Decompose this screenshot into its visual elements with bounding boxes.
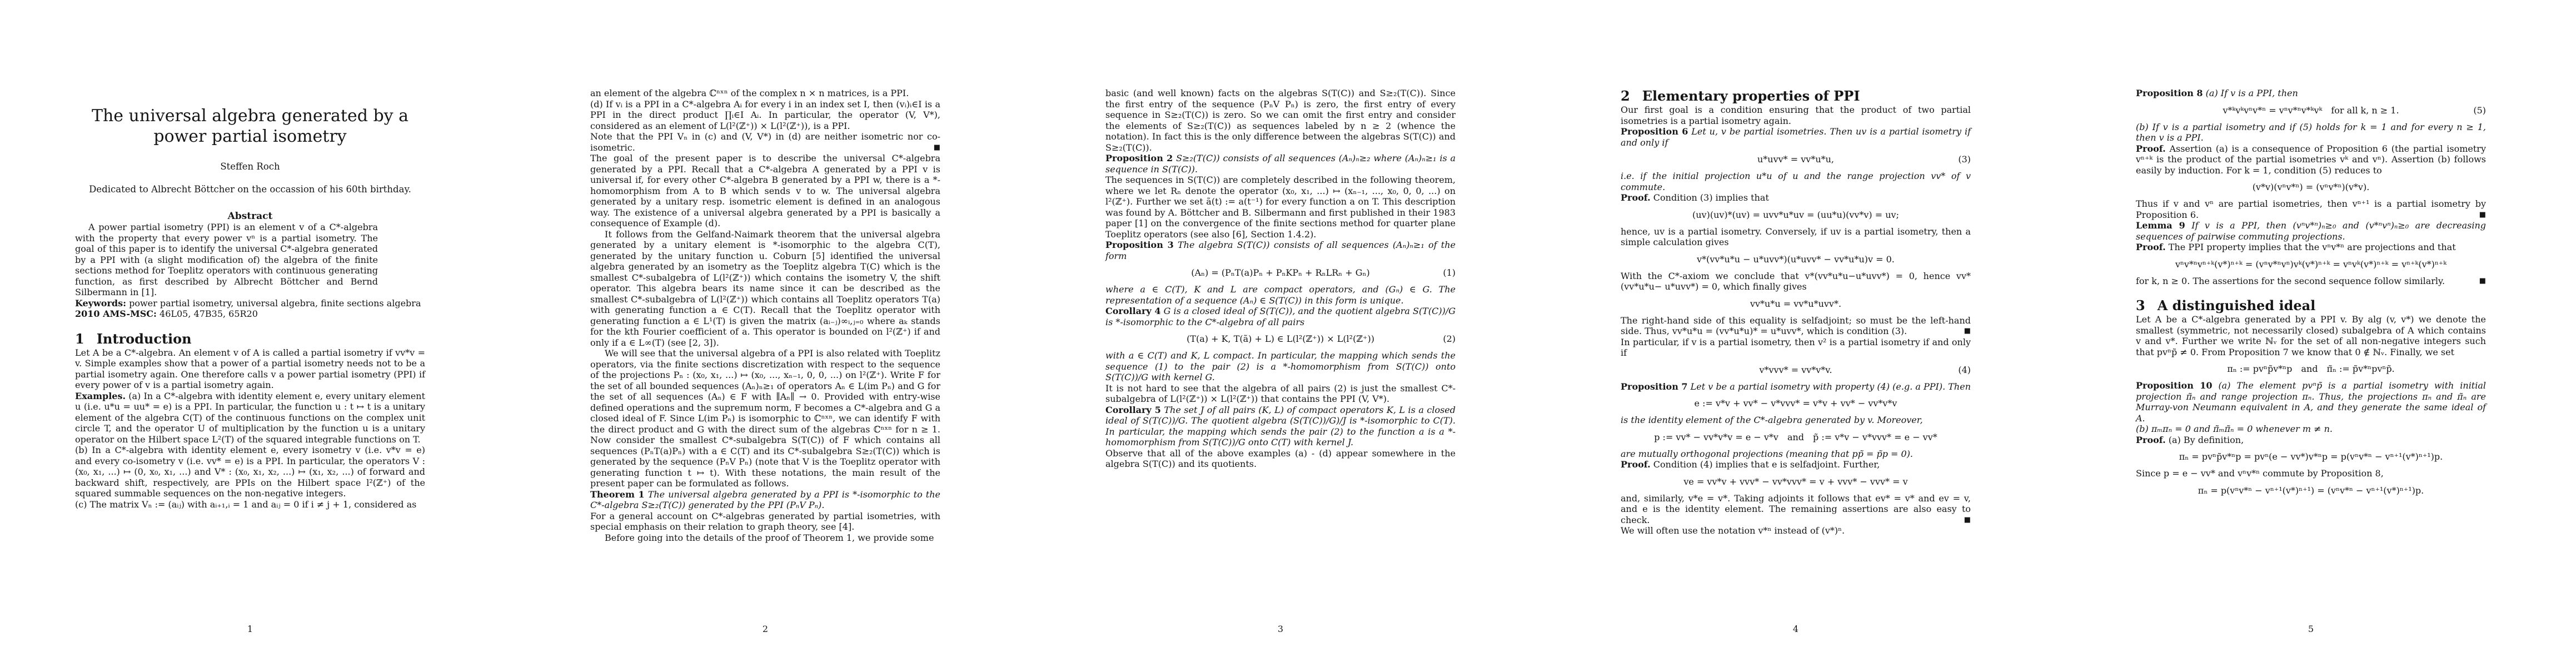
thus-text: Thus if v and vⁿ are partial isometries,… [2136,198,2486,220]
proposition-7-label: Proposition 7 [1621,381,1688,392]
paragraph-general-account: For a general account on C*-algebras gen… [590,511,940,532]
page-5-text-column: Proposition 8 (a) If v is a PPI, then v*… [2136,0,2486,502]
proposition-8-part-b: (b) If v is a partial isometry and if (5… [2136,122,2486,143]
selfadjoint-text: The right-hand side of this equality is … [1621,315,1971,337]
paper-title: The universal algebra generated by a pow… [75,106,425,147]
proof-lemma9-text: The PPI property implies that the vⁿv*ⁿ … [2169,242,2456,252]
equation-4-formula: v*vvv* = vv*v*v. [1759,365,1832,375]
section-number: 3 [2136,297,2145,313]
theorem-1-label: Theorem 1 [590,489,645,500]
section-title: A distinguished ideal [2158,297,2316,313]
proposition-2-label: Proposition 2 [1105,153,1173,163]
proof-label: Proof. [1621,459,1651,470]
display-equation-pi-final-formula: πₙ = p(vⁿv*ⁿ − vⁿ⁺¹(v*)ⁿ⁺¹) = (vⁿv*ⁿ − v… [2198,485,2424,496]
section-heading-elementary-properties: 2Elementary properties of PPI [1621,88,1971,104]
proposition-7-cont1-text: is the identity element of the C*-algebr… [1621,415,1923,425]
paragraph-not-hard: It is not hard to see that the algebra o… [1105,383,1456,405]
proposition-8-b-text: (b) If v is a partial isometry and if (5… [2136,122,2486,143]
proof-2-intro: Proof. Condition (4) implies that e is s… [1621,459,1971,470]
qed-icon: ■ [2479,210,2486,221]
page-2-text-column: an element of the algebra ℂⁿˣⁿ of the co… [590,0,940,543]
proposition-7-continuation-1: is the identity element of the C*-algebr… [1621,415,1971,426]
display-equation-ve: ve = vv*v + vvv* − vv*vvv* = v + vvv* − … [1621,476,1971,487]
paragraph-since-p: Since p = e − vv* and vⁿv*ⁿ commute by P… [2136,468,2486,479]
equation-3-number: (3) [1958,154,1971,165]
proof-label: Proof. [2136,435,2166,445]
proposition-8-block: Proposition 8 (a) If v is a PPI, then [2136,88,2486,99]
qed-icon: ■ [934,142,940,153]
equation-1-formula: (Aₙ) = (PₙT(a)Pₙ + PₙKPₙ + RₙLRₙ + Gₙ) [1191,267,1369,278]
display-equation-p-def: p := vv* − vv*v*v = e − v*v and p̃ := v*… [1621,432,1971,443]
display-equation-pi-final: πₙ = p(vⁿv*ⁿ − vⁿ⁺¹(v*)ⁿ⁺¹) = (vⁿv*ⁿ − v… [2136,485,2486,496]
proof-prop8-text: Assertion (a) is a consequence of Propos… [2136,143,2486,176]
display-equation-ve-formula: ve = vv*v + vvv* − vv*vvv* = v + vvv* − … [1683,476,1907,487]
paragraph-cstar-axiom: With the C*-axiom we conclude that v*(vv… [1621,271,1971,292]
intro-paragraph: Let A be a C*-algebra. An element v of A… [75,347,425,391]
display-equation-pi-def: πₙ := pvⁿp̃v*ⁿp and π̃ₙ := p̃v*ⁿpvⁿp̃. [2136,364,2486,375]
proof-prop10: Proof. (a) By definition, [2136,435,2486,446]
display-equation-projections: vⁿv*ⁿvⁿ⁺ᵏ(v*)ⁿ⁺ᵏ = (vⁿv*ⁿvⁿ)vᵏ(v*)ⁿ⁺ᵏ = … [2136,259,2486,270]
display-equation-vstar: v*(vv*u*u − u*uvv*)(u*uvv* − vv*u*u)v = … [1621,254,1971,265]
corollary-4-label: Corollary 4 [1105,306,1160,316]
paragraph-hence: hence, uv is a partial isometry. Convers… [1621,226,1971,248]
msc-label: 2010 AMS-MSC: [75,308,157,319]
keywords-label: Keywords: [75,298,126,308]
proposition-6-block: Proposition 6 Let u, v be partial isomet… [1621,126,1971,148]
display-equation-pi-expand-formula: πₙ = pvⁿp̃v*ⁿp = pvⁿ(e − vv*)v*ⁿp = p(vⁿ… [2179,451,2443,462]
display-equation-pi-expand: πₙ = pvⁿp̃v*ⁿp = pvⁿ(e − vv*)v*ⁿp = p(vⁿ… [2136,451,2486,462]
page-3-text-column: basic (and well known) facts on the alge… [1105,0,1456,470]
paragraph-thus: Thus if v and vⁿ are partial isometries,… [2136,198,2486,220]
display-equation-commute-formula: (v*v)(vⁿv*ⁿ) = (vⁿv*ⁿ)(v*v). [2253,182,2370,192]
display-equation-vvuu-formula: vv*u*u = vv*u*uvv*. [1750,298,1841,309]
page-1-text-column: The universal algebra generated by a pow… [75,0,425,510]
paragraph-selfadjoint: The right-hand side of this equality is … [1621,315,1971,337]
proof-label: Proof. [2136,143,2166,154]
paragraph-first-goal: Our first goal is a condition ensuring t… [1621,104,1971,126]
section-title: Introduction [97,331,192,347]
proof-1-intro: Proof. Condition (3) implies that [1621,192,1971,203]
proposition-6-continuation: i.e. if the initial projection u*u of u … [1621,171,1971,192]
corollary-5-label: Corollary 5 [1105,405,1161,415]
author-name: Steffen Roch [75,161,425,172]
equation-2-formula: (T(a) + K, T(ã) + L) ∈ L(l²(ℤ⁺)) × L(l²(… [1187,333,1374,344]
proposition-8-body: (a) If v is a PPI, then [2206,88,2298,98]
proposition-10-label: Proposition 10 [2136,380,2213,391]
proposition-7-cont2-text: are mutually orthogonal projections (mea… [1621,449,1913,459]
display-equation-uv-formula: (uv)(uv)*(uv) = uvv*u*uv = (uu*u)(vv*v) … [1692,210,1899,220]
page-5: Proposition 8 (a) If v is a PPI, then v*… [2061,0,2576,667]
display-equation-pi-def-formula: πₙ := pvⁿp̃v*ⁿp and π̃ₙ := p̃v*ⁿpvⁿp̃. [2227,364,2394,374]
lemma-9-block: Lemma 9 If v is a PPI, then (vⁿv*ⁿ)ₙ≥₀ a… [2136,220,2486,242]
corollary-4-block: Corollary 4 G is a closed ideal of S(T(C… [1105,306,1456,327]
equation-2-number: (2) [1443,333,1456,345]
page-1: The universal algebra generated by a pow… [0,0,515,667]
page-2: an element of the algebra ℂⁿˣⁿ of the co… [515,0,1030,667]
page-4-text-column: 2Elementary properties of PPI Our first … [1621,0,1971,536]
paragraph-for-kn: for k, n ≥ 0. The assertions for the sec… [2136,276,2486,287]
equation-4-number: (4) [1958,365,1971,376]
proposition-7-body: Let v be a partial isometry with propert… [1691,381,1971,392]
page-number-3: 3 [1105,624,1456,634]
proposition-3-label: Proposition 3 [1105,240,1174,250]
paragraph-sequences: The sequences in S(T(C)) are completely … [1105,175,1456,240]
qed-icon: ■ [1964,515,1971,526]
msc-line: 2010 AMS-MSC: 46L05, 47B35, 65R20 [75,308,425,320]
proposition-10-b-text: (b) πₘπₙ = 0 and π̃ₘπ̃ₙ = 0 whenever m ≠… [2136,424,2333,434]
proposition-8-label: Proposition 8 [2136,88,2203,98]
section-heading-distinguished-ideal: 3A distinguished ideal [2136,297,2486,314]
proposition-7-block: Proposition 7 Let v be a partial isometr… [1621,381,1971,392]
note-text: Note that the PPI Vₙ in (c) and (V, V*) … [590,131,940,153]
paragraph-ideal-setup: Let A be a C*-algebra generated by a PPI… [2136,314,2486,357]
display-equation-uv: (uv)(uv)*(uv) = uvv*u*uv = (uu*u)(vv*v) … [1621,210,1971,221]
proof-prop10-text: (a) By definition, [2169,435,2244,445]
section-number: 1 [75,331,84,347]
proposition-7-continuation-2: are mutually orthogonal projections (mea… [1621,449,1971,460]
equation-5-number: (5) [2473,105,2486,116]
proof-label: Proof. [1621,192,1651,203]
abstract-text: A power partial isometry (PPI) is an ele… [75,222,378,298]
display-equation-e-def: e := v*v + vv* − v*vvv* = v*v + vv* − vv… [1621,398,1971,409]
proof-1-text: Condition (3) implies that [1653,192,1769,203]
paragraph-basic-facts: basic (and well known) facts on the alge… [1105,88,1456,153]
paragraph-example-d: (d) If vᵢ is a PPI in a C*-algebra Aᵢ fo… [590,99,940,132]
examples-paragraph-a: Examples. (a) In a C*-algebra with ident… [75,391,425,445]
page-number-4: 4 [1621,624,1971,634]
page-3: basic (and well known) facts on the alge… [1030,0,1546,667]
proposition-3-cont-text: where a ∈ C(T), K and L are compact oper… [1105,284,1456,306]
proposition-6-label: Proposition 6 [1621,126,1688,137]
similarly-text: and, similarly, v*e = v*. Taking adjoint… [1621,493,1971,525]
display-equation-p-def-formula: p := vv* − vv*v*v = e − v*v and p̃ := v*… [1654,432,1937,442]
keywords-line: Keywords: power partial isometry, univer… [75,298,425,309]
display-equation-projections-formula: vⁿv*ⁿvⁿ⁺ᵏ(v*)ⁿ⁺ᵏ = (vⁿv*ⁿvⁿ)vᵏ(v*)ⁿ⁺ᵏ = … [2175,259,2447,270]
proposition-2-block: Proposition 2 S≥₂(T(C)) consists of all … [1105,153,1456,175]
equation-2: (T(a) + K, T(ã) + L) ∈ L(l²(ℤ⁺)) × L(l²(… [1105,333,1456,345]
for-kn-text: for k, n ≥ 0. The assertions for the sec… [2136,276,2445,286]
qed-icon: ■ [1964,326,1971,337]
document-canvas: arXiv:1602.00857v1 [math.OA] 2 Feb 2016 … [0,0,2576,667]
corollary-4-continuation: with a ∈ C(T) and K, L compact. In parti… [1105,350,1456,383]
display-equation-vstar-formula: v*(vv*u*u − u*uvv*)(u*uvv* − vv*u*u)v = … [1697,254,1895,265]
equation-3: u*uvv* = vv*u*u,(3) [1621,154,1971,165]
lemma-9-body: If v is a PPI, then (vⁿv*ⁿ)ₙ≥₀ and (v*ⁿv… [2136,220,2486,242]
equation-4: v*vvv* = vv*v*v.(4) [1621,365,1971,376]
examples-paragraph-b: (b) In a C*-algebra with identity elemen… [75,445,425,499]
proposition-6-cont-text: i.e. if the initial projection u*u of u … [1621,171,1971,192]
abstract-heading: Abstract [75,211,425,222]
display-equation-commute: (v*v)(vⁿv*ⁿ) = (vⁿv*ⁿ)(v*v). [2136,182,2486,193]
page-4: 2Elementary properties of PPI Our first … [1546,0,2061,667]
lemma-9-label: Lemma 9 [2136,220,2185,231]
display-equation-vvuu: vv*u*u = vv*u*uvv*. [1621,298,1971,310]
paragraph-notation: We will often use the notation v*ⁿ inste… [1621,525,1971,536]
proposition-3-continuation: where a ∈ C(T), K and L are compact oper… [1105,284,1456,306]
proposition-10-part-b: (b) πₘπₙ = 0 and π̃ₘπ̃ₙ = 0 whenever m ≠… [2136,424,2486,435]
proof-lemma9: Proof. The PPI property implies that the… [2136,242,2486,253]
corollary-4-cont-text: with a ∈ C(T) and K, L compact. In parti… [1105,350,1456,382]
paragraph-before-going: Before going into the details of the pro… [590,532,940,544]
equation-3-formula: u*uvv* = vv*u*u, [1757,154,1834,165]
proof-label: Proof. [2136,242,2166,252]
keywords-text: power partial isometry, universal algebr… [129,298,421,308]
theorem-1-block: Theorem 1 The universal algebra generate… [590,489,940,511]
equation-1: (Aₙ) = (PₙT(a)Pₙ + PₙKPₙ + RₙLRₙ + Gₙ)(1… [1105,267,1456,278]
page-number-1: 1 [75,624,425,634]
section-heading-introduction: 1Introduction [75,331,425,347]
paragraph-note: Note that the PPI Vₙ in (c) and (V, V*) … [590,131,940,153]
page-number-5: 5 [2136,624,2486,634]
paragraph-similarly: and, similarly, v*e = v*. Taking adjoint… [1621,493,1971,526]
paragraph-matrices: an element of the algebra ℂⁿˣⁿ of the co… [590,88,940,99]
equation-5-formula: v*ᵏvᵏvⁿv*ⁿ = vⁿv*ⁿv*ᵏvᵏ for all k, n ≥ 1… [2223,105,2399,116]
proof-2-text: Condition (4) implies that e is selfadjo… [1653,459,1880,470]
example-a-text: (a) In a C*-algebra with identity elemen… [75,391,425,445]
section-title: Elementary properties of PPI [1642,88,1860,104]
qed-icon: ■ [2479,276,2486,287]
dedication: Dedicated to Albrecht Böttcher on the oc… [83,184,417,195]
paragraph-in-particular: In particular, if v is a partial isometr… [1621,337,1971,359]
paragraph-gelfand: It follows from the Gelfand-Naimark theo… [590,229,940,349]
paragraph-observe: Observe that all of the above examples (… [1105,448,1456,470]
section-number: 2 [1621,88,1630,104]
corollary-5-block: Corollary 5 The set J of all pairs (K, L… [1105,405,1456,448]
paragraph-finite-sections: We will see that the universal algebra o… [590,348,940,489]
proof-prop8: Proof. Assertion (a) is a consequence of… [2136,143,2486,176]
proposition-3-block: Proposition 3 The algebra S(T(C)) consis… [1105,240,1456,261]
paragraph-goal: The goal of the present paper is to desc… [590,153,940,229]
examples-label: Examples. [75,391,126,401]
equation-5: v*ᵏvᵏvⁿv*ⁿ = vⁿv*ⁿv*ᵏvᵏ for all k, n ≥ 1… [2136,105,2486,116]
page-number-2: 2 [590,624,940,634]
msc-text: 46L05, 47B35, 65R20 [160,308,258,319]
equation-1-number: (1) [1443,267,1456,278]
examples-paragraph-c: (c) The matrix Vₙ := (aᵢⱼ) with aᵢ₊₁,ᵢ =… [75,499,425,510]
proposition-10-block: Proposition 10 (a) The element pvⁿp̃ is … [2136,380,2486,424]
display-equation-e-def-formula: e := v*v + vv* − v*vvv* = v*v + vv* − vv… [1695,398,1897,409]
